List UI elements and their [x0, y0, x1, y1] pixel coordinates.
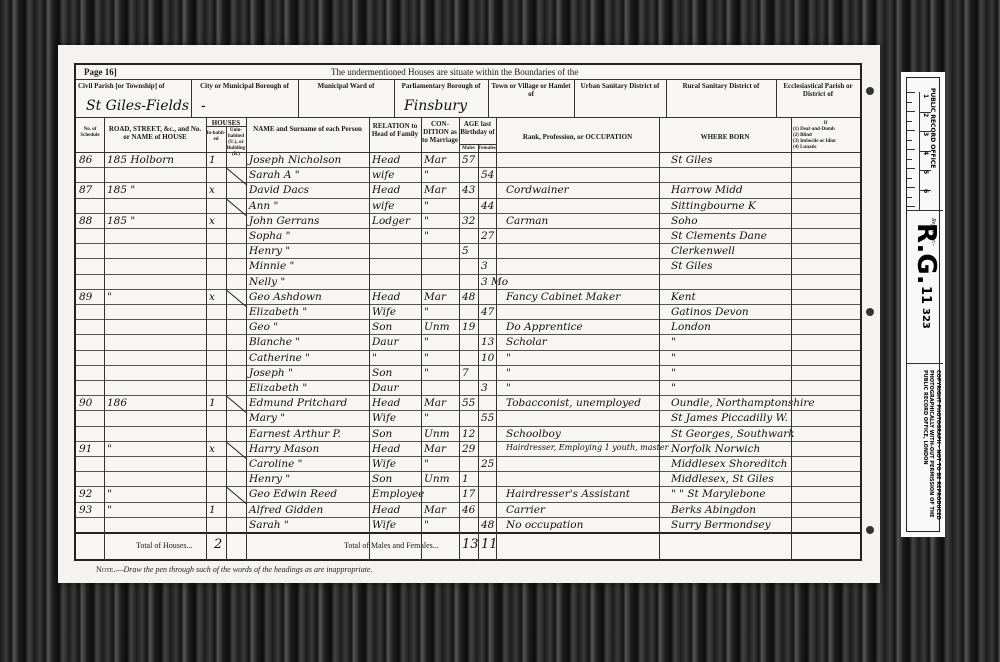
cell-condition: ": [424, 519, 429, 531]
cell-female: 3: [481, 382, 488, 394]
cell-female: 13: [481, 336, 494, 348]
district-label: Urban Sanitary District of: [576, 82, 664, 90]
cell-inhabited: 1: [209, 397, 216, 409]
folio-number: 323: [920, 308, 931, 329]
cell-born: " " St Marylebone: [671, 488, 766, 500]
cell-male: 17: [462, 488, 475, 500]
cell-occupation: Schoolboy: [506, 428, 561, 440]
cell-relation: Son: [372, 428, 392, 440]
cell-occupation: ": [506, 367, 511, 379]
scale-number: 1: [922, 94, 929, 98]
cell-female: 48: [481, 519, 494, 531]
cell-road: 185 ": [107, 215, 135, 227]
cell-born: London: [671, 321, 711, 333]
cell-born: Gatinos Devon: [671, 306, 749, 318]
district-label: Rural Sanitary District of: [668, 82, 774, 90]
cell-name: Earnest Arthur P.: [249, 428, 341, 440]
record-office-label: PUBLIC RECORD OFFICE 123456 Reference:- …: [901, 72, 945, 537]
cell-male: 12: [462, 428, 475, 440]
copyright-notice: COPYRIGHT PHOTOGRAPH - NOT TO BE REPRODU…: [922, 370, 942, 530]
cell-female: 27: [481, 230, 494, 242]
cell-name: Alfred Gidden: [249, 504, 323, 516]
col-road: ROAD, STREET, &c., and No. or NAME of HO…: [106, 125, 204, 141]
scale-number: 2: [922, 113, 929, 117]
cell-born: Oundle, Northamptonshire: [671, 397, 815, 409]
cell-name: Catherine ": [249, 352, 310, 364]
cell-male: 1: [462, 473, 469, 485]
cell-road: 185 Holborn: [107, 154, 174, 166]
column-rule: [206, 117, 207, 561]
district-label: Town or Village or Hamlet of: [490, 82, 572, 98]
cell-name: Harry Mason: [249, 443, 319, 455]
cell-female: 44: [481, 200, 494, 212]
cell-occupation: Do Apprentice: [506, 321, 583, 333]
cell-name: Geo Edwin Reed: [249, 488, 337, 500]
column-rule: [246, 117, 247, 561]
cell-schedule: 88: [79, 215, 92, 227]
cell-name: Sopha ": [249, 230, 290, 242]
column-rule: [791, 117, 792, 561]
cell-occupation: Tobacconist, unemployed: [506, 397, 641, 409]
cell-schedule: 87: [79, 184, 92, 196]
column-rule: [496, 117, 497, 561]
cell-name: Elizabeth ": [249, 382, 307, 394]
cell-born: St Giles: [671, 260, 712, 272]
cell-name: Ann ": [249, 200, 278, 212]
cell-inhabited: x: [209, 443, 215, 455]
col-name: NAME and Surname of each Person: [248, 125, 367, 133]
cell-born: St James Piccadilly W.: [671, 412, 788, 424]
total-persons-label: Total of Males and Females...: [344, 541, 439, 550]
cell-born: St Clements Dane: [671, 230, 767, 242]
cell-condition: ": [424, 215, 429, 227]
col-inhabited: In-habit-ed: [206, 131, 226, 143]
cell-road: ": [107, 504, 112, 516]
cell-condition: Mar: [424, 154, 446, 166]
cell-occupation: ": [506, 382, 511, 394]
cell-relation: Head: [372, 184, 400, 196]
column-rule: [659, 117, 660, 561]
cell-inhabited: 1: [209, 154, 216, 166]
punch-hole: [866, 526, 874, 534]
cell-born: Sittingbourne K: [671, 200, 756, 212]
column-rule: [421, 117, 422, 561]
column-rule: [369, 117, 370, 561]
cell-name: Geo ": [249, 321, 278, 333]
scale-number: 3: [922, 132, 929, 136]
cell-born: Berks Abingdon: [671, 504, 756, 516]
cell-condition: ": [424, 352, 429, 364]
cell-name: Edmund Pritchard: [249, 397, 347, 409]
page-number: Page 16]: [84, 67, 117, 77]
cell-road: ": [107, 443, 112, 455]
cell-born: St Georges, Southwark: [671, 428, 795, 440]
cell-male: 46: [462, 504, 475, 516]
cell-female: 10: [481, 352, 494, 364]
cell-occupation: Fancy Cabinet Maker: [506, 291, 620, 303]
footnote: Note.—Draw the pen through such of the w…: [96, 565, 372, 574]
cell-condition: ": [424, 306, 429, 318]
column-rule: [478, 144, 479, 561]
cell-schedule: 90: [79, 397, 92, 409]
cell-name: Joseph Nicholson: [249, 154, 341, 166]
census-sheet: Page 16] The undermentioned Houses are s…: [74, 63, 862, 561]
district-value: -: [201, 98, 206, 114]
cell-schedule: 92: [79, 488, 92, 500]
cell-name: Henry ": [249, 245, 290, 257]
cell-relation: Head: [372, 154, 400, 166]
cell-born: Clerkenwell: [671, 245, 735, 257]
cell-female: 3 Mo: [481, 276, 508, 288]
cell-male: 43: [462, 184, 475, 196]
cell-name: David Dacs: [249, 184, 309, 196]
cell-name: Joseph ": [249, 367, 293, 379]
cell-name: John Gerrans: [249, 215, 319, 227]
cell-condition: Mar: [424, 291, 446, 303]
cell-occupation: Hairdresser's Assistant: [506, 488, 630, 500]
cell-condition: Mar: [424, 397, 446, 409]
column-rule: [459, 117, 460, 561]
cell-name: Blanche ": [249, 336, 300, 348]
cell-relation: ": [372, 352, 377, 364]
total-males-value: 13: [462, 537, 479, 552]
cell-relation: Wife: [372, 412, 396, 424]
cell-road: 185 ": [107, 184, 135, 196]
cell-schedule: 91: [79, 443, 92, 455]
cell-relation: Wife: [372, 458, 396, 470]
cell-female: 25: [481, 458, 494, 470]
col-age: AGE last Birthday of: [459, 120, 496, 136]
district-value: St Giles-Fields: [86, 98, 189, 114]
cell-condition: Mar: [424, 443, 446, 455]
district-value: Finsbury: [404, 98, 467, 114]
cell-name: Elizabeth ": [249, 306, 307, 318]
cell-relation: Wife: [372, 306, 396, 318]
record-office-title: PUBLIC RECORD OFFICE: [929, 88, 936, 168]
col-born: WHERE BORN: [659, 133, 791, 141]
total-houses-value: 2: [214, 537, 222, 552]
cell-male: 55: [462, 397, 475, 409]
cell-born: Soho: [671, 215, 698, 227]
cell-relation: Daur: [372, 382, 398, 394]
district-label: City or Municipal Borough of: [193, 82, 296, 90]
cell-born: ": [671, 352, 676, 364]
cell-condition: ": [424, 200, 429, 212]
cell-relation: Daur: [372, 336, 398, 348]
cell-relation: Son: [372, 367, 392, 379]
punch-hole: [866, 308, 874, 316]
cell-occupation: Hairdresser, Employing 1 youth, master: [506, 443, 668, 452]
cell-condition: ": [424, 367, 429, 379]
cell-condition: Mar: [424, 504, 446, 516]
cell-occupation: Cordwainer: [506, 184, 569, 196]
cell-born: Middlesex Shoreditch: [671, 458, 787, 470]
cell-name: Geo Ashdown: [249, 291, 322, 303]
cell-born: St Giles: [671, 154, 712, 166]
cell-condition: ": [424, 412, 429, 424]
cell-male: 19: [462, 321, 475, 333]
piece-number: 11: [918, 286, 933, 304]
cell-inhabited: x: [209, 184, 215, 196]
cell-male: 32: [462, 215, 475, 227]
district-label: Parliamentary Borough of: [396, 82, 486, 90]
cell-inhabited: 1: [209, 504, 216, 516]
cell-condition: Unm: [424, 473, 450, 485]
cell-occupation: Carrier: [506, 504, 545, 516]
footnote-text: Draw the pen through such of the words o…: [123, 565, 372, 574]
column-rule: [104, 117, 105, 561]
cell-condition: Mar: [424, 184, 446, 196]
cell-condition: ": [424, 336, 429, 348]
cell-female: 3: [481, 260, 488, 272]
cell-name: Sarah A ": [249, 169, 300, 181]
cell-occupation: ": [506, 352, 511, 364]
cell-name: Nelly ": [249, 276, 285, 288]
series-code: R.G.: [911, 223, 941, 285]
scale-number: 5: [922, 170, 929, 174]
cell-condition: Unm: [424, 321, 450, 333]
cell-inhabited: x: [209, 291, 215, 303]
cell-female: 54: [481, 169, 494, 181]
banner-text: The undermentioned Houses are situate wi…: [331, 67, 578, 77]
cell-occupation: No occupation: [506, 519, 583, 531]
footnote-prefix: Note.—: [96, 565, 123, 574]
cell-female: 47: [481, 306, 494, 318]
col-condition: CON-DITION as to Marriage: [421, 120, 459, 144]
cell-born: Surry Bermondsey: [671, 519, 771, 531]
cell-condition: Unm: [424, 428, 450, 440]
cell-male: 5: [462, 245, 469, 257]
cell-born: Harrow Midd: [671, 184, 743, 196]
column-rule: [226, 126, 227, 561]
cell-road: 186: [107, 397, 127, 409]
cell-relation: Head: [372, 443, 400, 455]
cell-road: ": [107, 488, 112, 500]
col-relation: RELATION to Head of Family: [369, 122, 421, 138]
punch-hole: [866, 87, 874, 95]
cell-born: Norfolk Norwich: [671, 443, 760, 455]
cell-occupation: Carman: [506, 215, 548, 227]
cell-relation: Wife: [372, 519, 396, 531]
cell-road: ": [107, 291, 112, 303]
cell-relation: Employee: [372, 488, 424, 500]
cell-male: 7: [462, 367, 469, 379]
total-houses-label: Total of Houses...: [136, 541, 193, 550]
cell-relation: Head: [372, 291, 400, 303]
cell-relation: wife: [372, 169, 394, 181]
cell-name: Minnie ": [249, 260, 294, 272]
cell-female: 55: [481, 412, 494, 424]
scale-number: 4: [922, 151, 929, 155]
cell-condition: ": [424, 458, 429, 470]
cell-born: ": [671, 336, 676, 348]
cell-relation: wife: [372, 200, 394, 212]
cell-relation: Son: [372, 473, 392, 485]
cell-name: Sarah ": [249, 519, 289, 531]
cell-born: ": [671, 367, 676, 379]
district-label: Civil Parish [or Township] of: [78, 82, 189, 90]
cell-male: 29: [462, 443, 475, 455]
col-occupation: Rank, Profession, or OCCUPATION: [496, 133, 659, 141]
cell-relation: Son: [372, 321, 392, 333]
scale-number: 6: [922, 189, 929, 193]
cell-male: 48: [462, 291, 475, 303]
cell-inhabited: x: [209, 215, 215, 227]
cell-schedule: 86: [79, 154, 92, 166]
cell-name: Caroline ": [249, 458, 303, 470]
cell-born: ": [671, 382, 676, 394]
district-label: Municipal Ward of: [300, 82, 392, 90]
cell-schedule: 93: [79, 504, 92, 516]
cell-born: Middlesex, St Giles: [671, 473, 774, 485]
district-label: Ecclesiastical Parish or District of: [778, 82, 858, 98]
cell-name: Henry ": [249, 473, 290, 485]
cell-relation: Head: [372, 397, 400, 409]
cell-male: 57: [462, 154, 475, 166]
cell-schedule: 89: [79, 291, 92, 303]
cell-condition: ": [424, 169, 429, 181]
cell-born: Kent: [671, 291, 696, 303]
col-schedule: No. of Schedule: [76, 127, 104, 139]
cell-occupation: Scholar: [506, 336, 547, 348]
col-infirm-item: (4) Lunatic: [793, 145, 860, 151]
cell-name: Mary ": [249, 412, 285, 424]
cell-relation: Head: [372, 504, 400, 516]
cell-condition: ": [424, 230, 429, 242]
cell-relation: Lodger: [372, 215, 410, 227]
